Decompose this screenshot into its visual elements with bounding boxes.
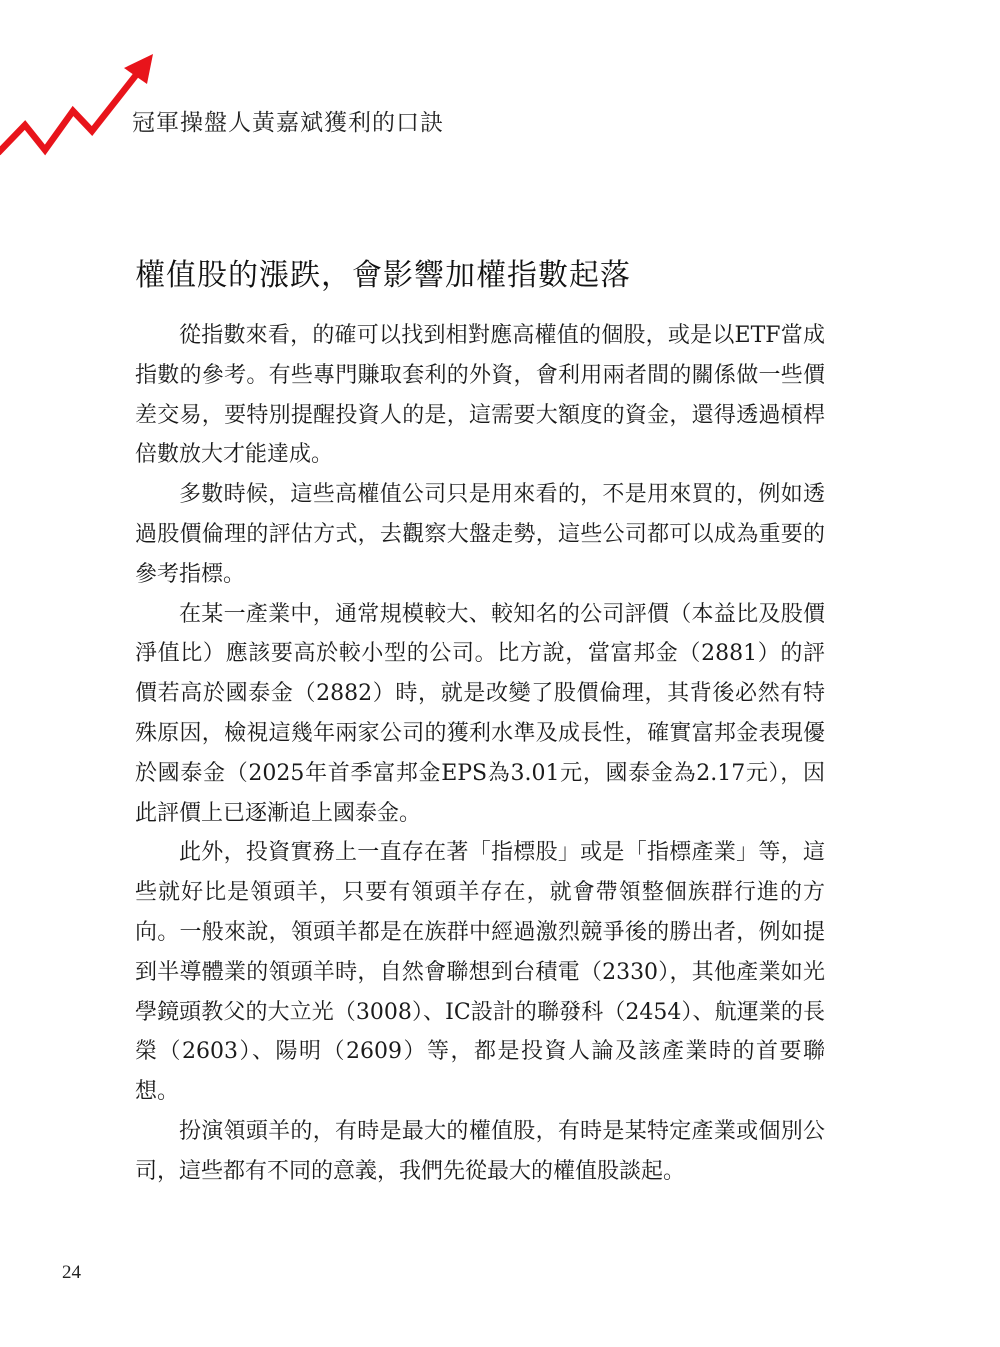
- paragraph: 在某一產業中，通常規模較大、較知名的公司評價（本益比及股價淨值比）應該要高於較小…: [135, 595, 825, 834]
- paragraph: 多數時候，這些高權值公司只是用來看的，不是用來買的，例如透過股價倫理的評估方式，…: [135, 475, 825, 594]
- page-number: 24: [62, 1262, 81, 1284]
- body-text: 從指數來看，的確可以找到相對應高權值的個股，或是以ETF當成指數的參考。有些專門…: [135, 316, 825, 1192]
- running-head: 冠軍操盤人黃嘉斌獲利的口訣: [132, 104, 444, 137]
- section-title: 權值股的漲跌，會影響加權指數起落: [135, 250, 631, 294]
- paragraph: 從指數來看，的確可以找到相對應高權值的個股，或是以ETF當成指數的參考。有些專門…: [135, 316, 825, 475]
- paragraph: 此外，投資實務上一直存在著「指標股」或是「指標產業」等，這些就好比是領頭羊，只要…: [135, 833, 825, 1112]
- paragraph: 扮演領頭羊的，有時是最大的權值股，有時是某特定產業或個別公司，這些都有不同的意義…: [135, 1112, 825, 1192]
